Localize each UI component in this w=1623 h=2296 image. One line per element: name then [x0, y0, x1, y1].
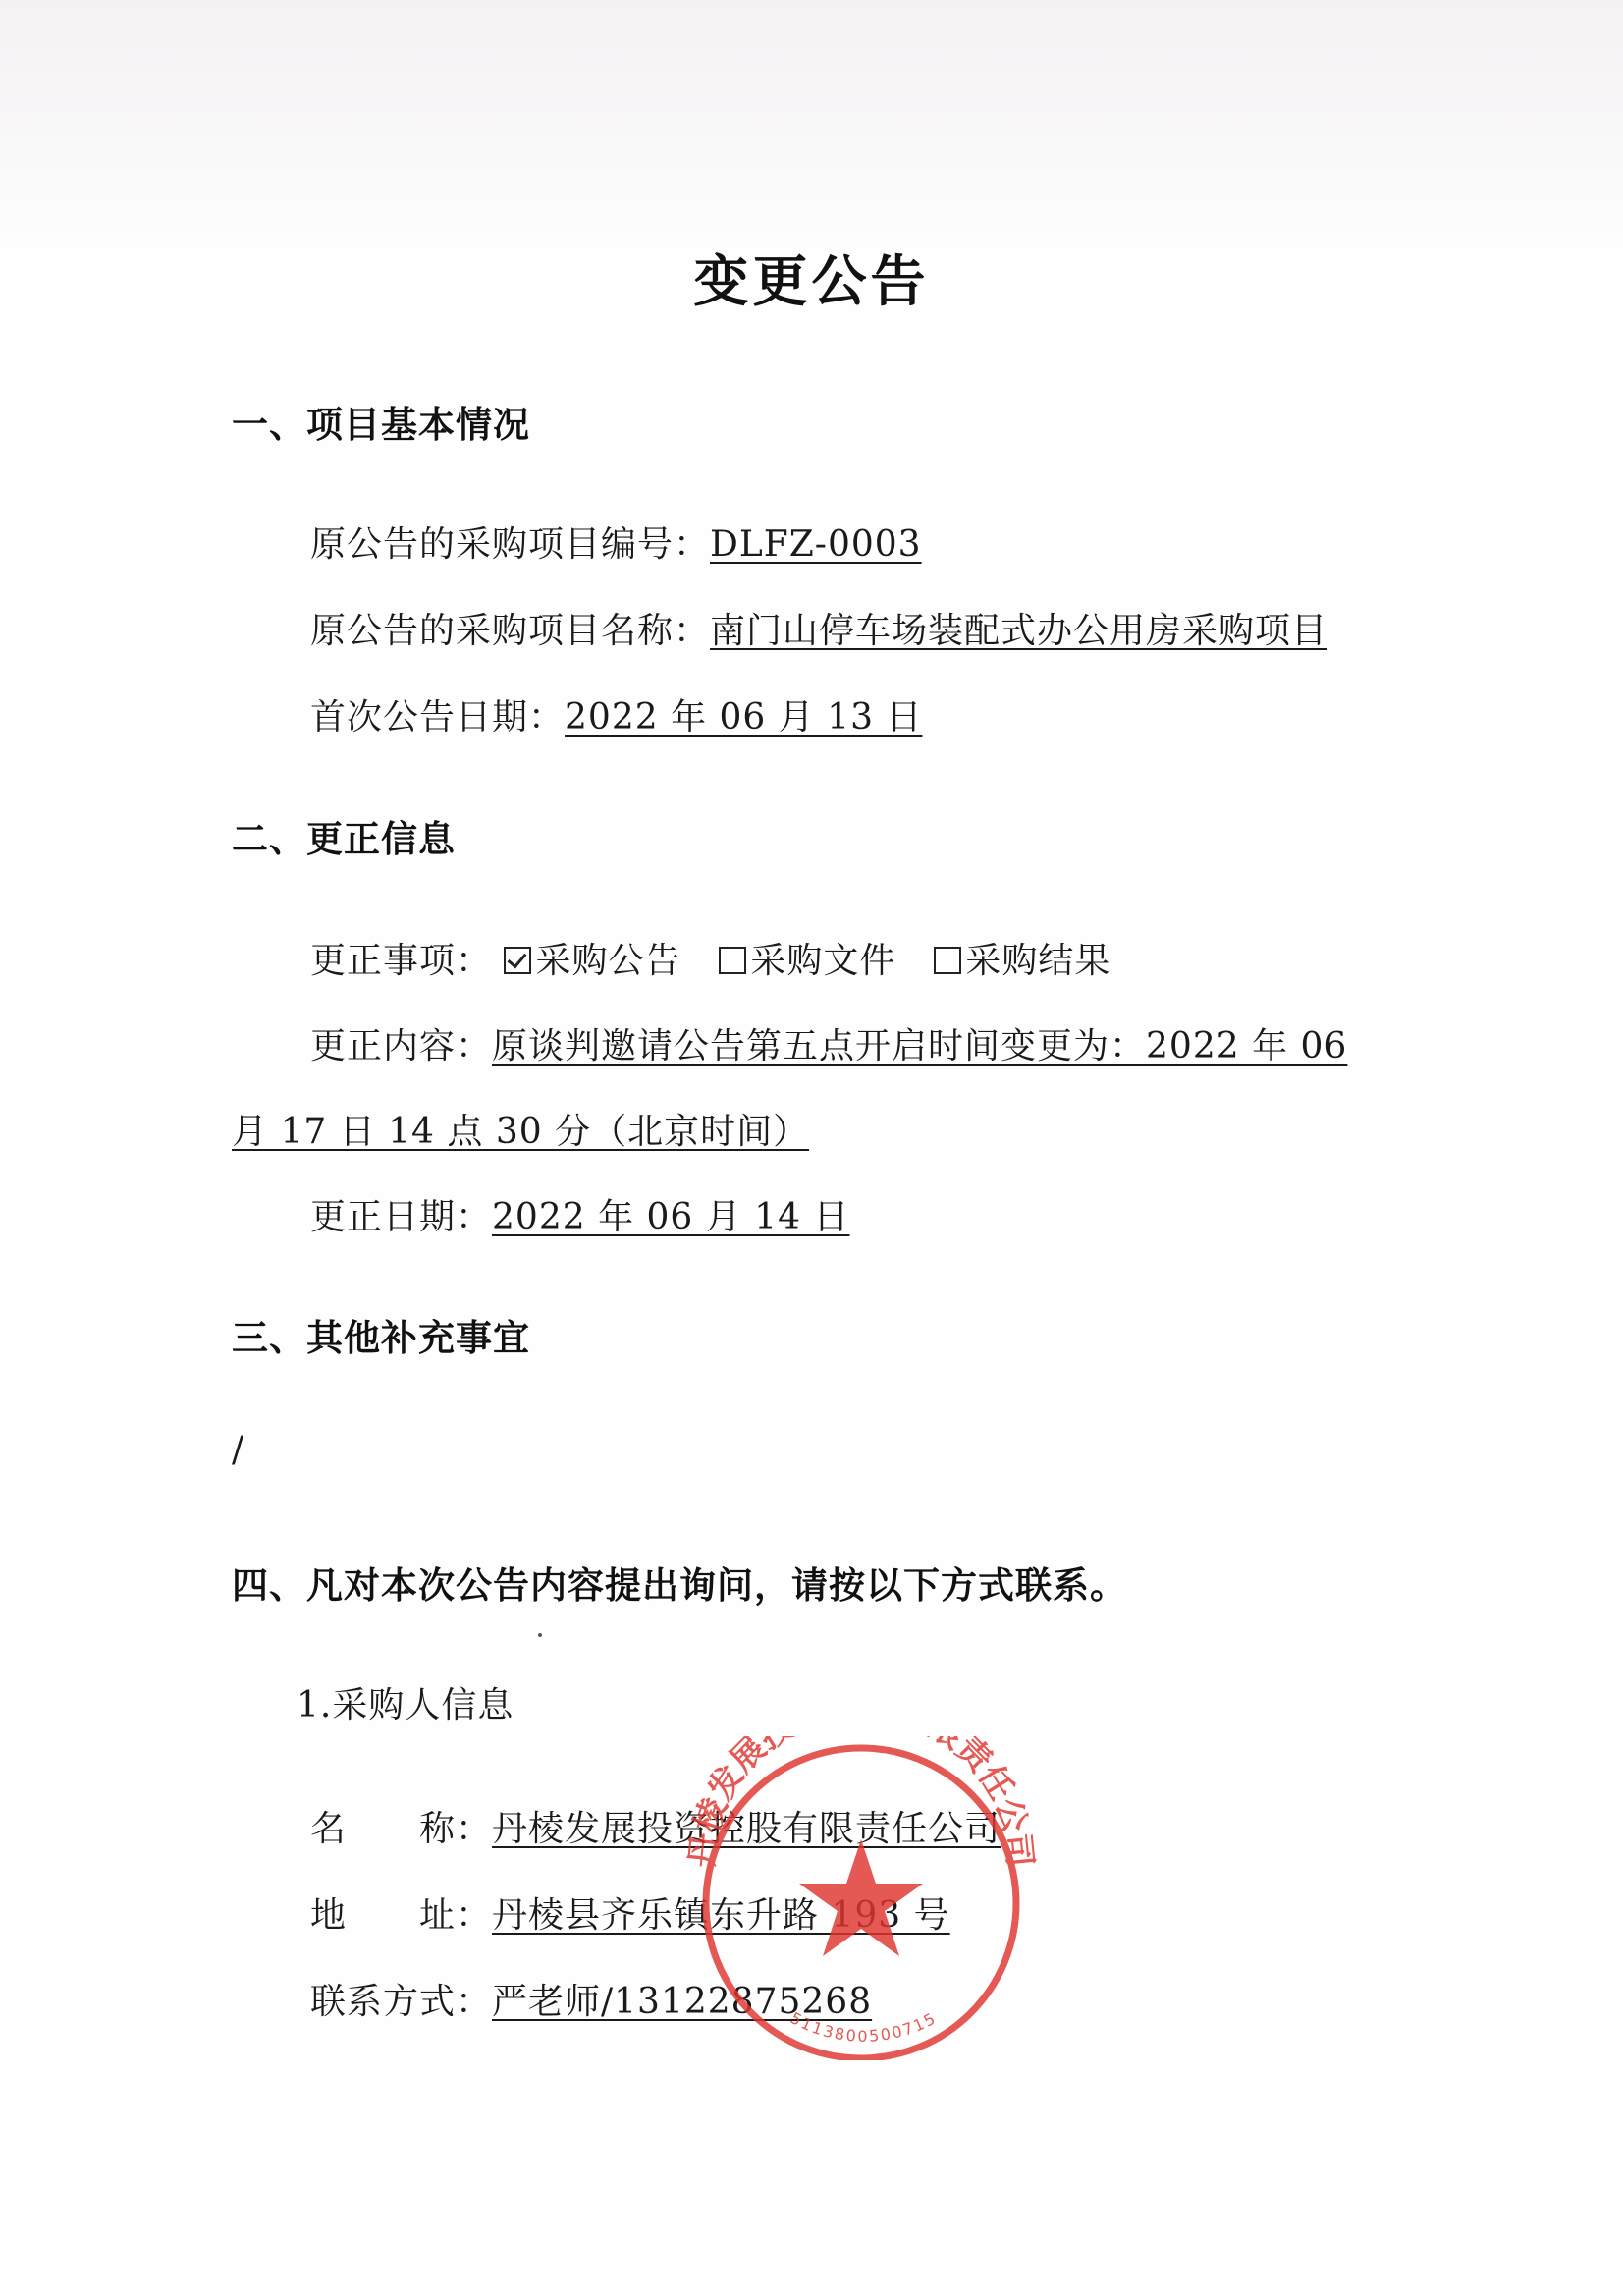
section-3-heading: 三、其他补充事宜 — [232, 1308, 530, 1361]
purchaser-name-value: 丹棱发展投资控股有限责任公司 — [492, 1809, 1001, 1849]
project-name-label: 原公告的采购项目名称： — [310, 611, 710, 651]
project-number-value: DLFZ-0003 — [710, 524, 922, 565]
purchaser-contact-value: 严老师/13122875268 — [492, 1982, 872, 2022]
correction-content-row: 更正内容：原谈判邀请公告第五点开启时间变更为：2022 年 06 — [310, 1018, 1347, 1068]
correction-items-row: 更正事项： 采购公告 采购文件 采购结果 — [310, 933, 1110, 983]
checkbox-checked-icon — [504, 947, 531, 974]
correction-content-continuation: 月 17 日 14 点 30 分（北京时间） — [232, 1104, 809, 1154]
correction-items-label: 更正事项： — [310, 941, 492, 981]
purchaser-name-row: 名 称：丹棱发展投资控股有限责任公司 — [310, 1801, 1001, 1851]
first-notice-date-value: 2022 年 06 月 13 日 — [565, 697, 922, 738]
scan-shade — [0, 0, 1623, 255]
correction-content-label: 更正内容： — [310, 1026, 492, 1066]
document-title: 变更公告 — [0, 239, 1623, 317]
correction-content-value-line1: 原谈判邀请公告第五点开启时间变更为：2022 年 06 — [492, 1026, 1347, 1066]
supplementary-content: / — [232, 1430, 244, 1470]
first-notice-date-label: 首次公告日期： — [310, 697, 565, 738]
checkbox-unchecked-icon — [934, 947, 961, 974]
purchaser-address-row: 地 址：丹棱县齐乐镇东升路 193 号 — [310, 1887, 950, 1938]
section-4-heading: 四、凡对本次公告内容提出询问，请按以下方式联系。 — [232, 1556, 1127, 1609]
purchaser-address-value: 丹棱县齐乐镇东升路 193 号 — [492, 1895, 950, 1936]
purchaser-address-label: 地 址： — [310, 1895, 492, 1936]
section-1-heading: 一、项目基本情况 — [232, 395, 530, 448]
purchaser-name-label: 名 称： — [310, 1809, 492, 1849]
correction-date-row: 更正日期：2022 年 06 月 14 日 — [310, 1189, 849, 1239]
correction-date-label: 更正日期： — [310, 1197, 492, 1237]
project-name-row: 原公告的采购项目名称：南门山停车场装配式办公用房采购项目 — [310, 603, 1327, 653]
correction-date-value: 2022 年 06 月 14 日 — [492, 1197, 849, 1237]
purchaser-info-subheading: 1.采购人信息 — [297, 1677, 514, 1727]
project-number-row: 原公告的采购项目编号：DLFZ-0003 — [310, 517, 922, 567]
option-procurement-results: 采购结果 — [965, 941, 1110, 981]
option-procurement-notice: 采购公告 — [535, 941, 680, 981]
purchaser-contact-row: 联系方式：严老师/13122875268 — [310, 1974, 872, 2024]
correction-content-value-line2: 月 17 日 14 点 30 分（北京时间） — [232, 1112, 809, 1152]
checkbox-unchecked-icon — [719, 947, 746, 974]
scan-dot — [538, 1633, 542, 1637]
section-2-heading: 二、更正信息 — [232, 809, 456, 862]
option-procurement-documents: 采购文件 — [750, 941, 895, 981]
project-name-value: 南门山停车场装配式办公用房采购项目 — [710, 611, 1327, 651]
project-number-label: 原公告的采购项目编号： — [310, 524, 710, 565]
purchaser-contact-label: 联系方式： — [310, 1982, 492, 2022]
document-page: 变更公告 一、项目基本情况 原公告的采购项目编号：DLFZ-0003 原公告的采… — [0, 0, 1623, 2296]
first-notice-date-row: 首次公告日期：2022 年 06 月 13 日 — [310, 689, 922, 739]
